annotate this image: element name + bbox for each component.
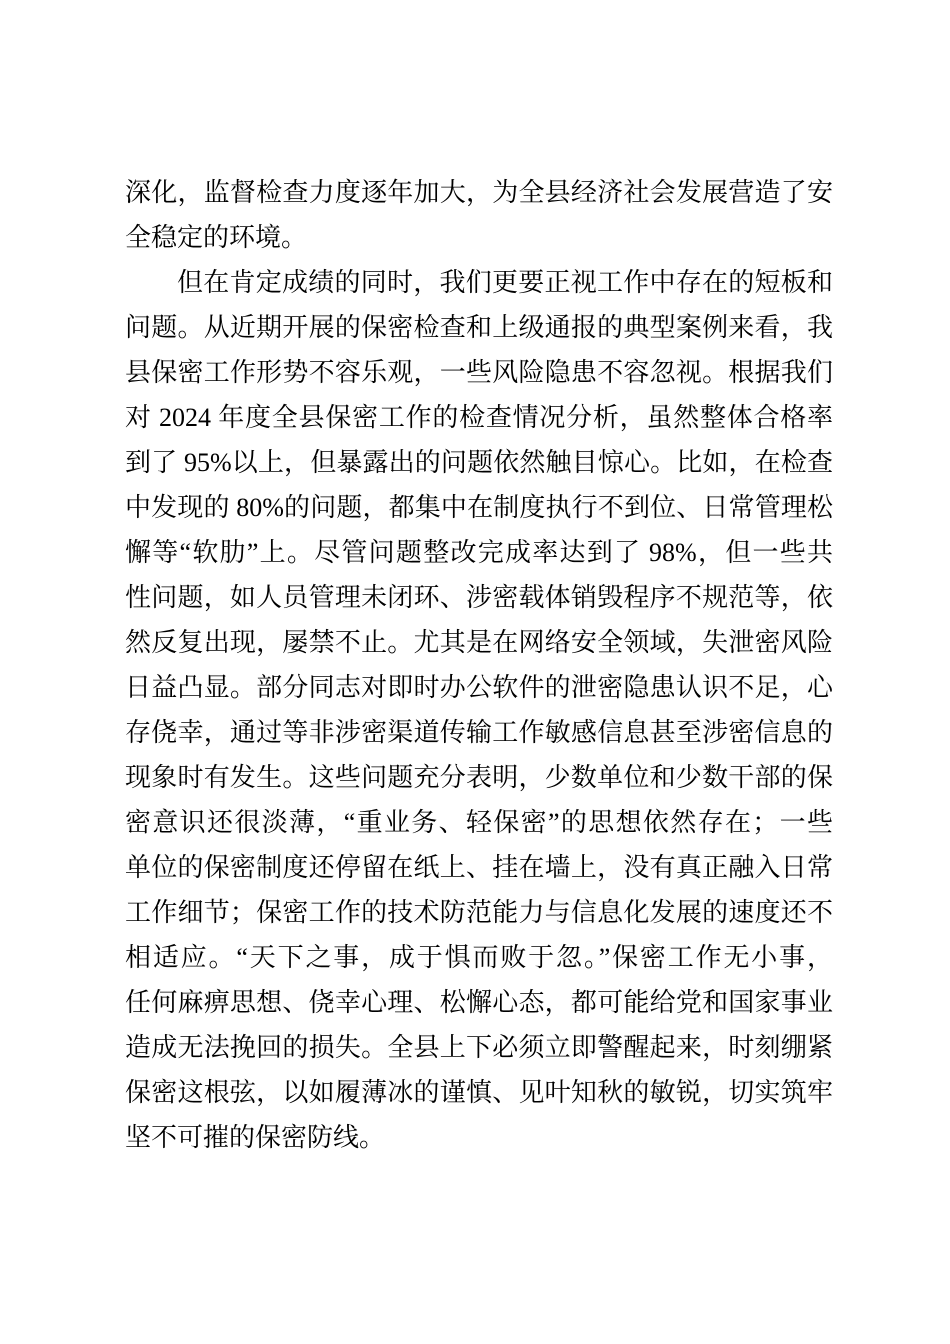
text-line: 然反复出现，屡禁不止。尤其是在网络安全领域，失泄密风险 xyxy=(125,620,833,665)
text-line: 造成无法挽回的损失。全县上下必须立即警醒起来，时刻绷紧 xyxy=(125,1025,833,1070)
text-line: 问题。从近期开展的保密检查和上级通报的典型案例来看，我 xyxy=(125,305,833,350)
text-line: 性问题，如人员管理未闭环、涉密载体销毁程序不规范等，依 xyxy=(125,575,833,620)
text-line: 全稳定的环境。 xyxy=(125,215,833,260)
text-line: 日益凸显。部分同志对即时办公软件的泄密隐患认识不足，心 xyxy=(125,665,833,710)
text-line: 但在肯定成绩的同时，我们更要正视工作中存在的短板和 xyxy=(125,260,833,305)
text-line: 到了 95%以上，但暴露出的问题依然触目惊心。比如，在检查 xyxy=(125,440,833,485)
paragraph: 但在肯定成绩的同时，我们更要正视工作中存在的短板和问题。从近期开展的保密检查和上… xyxy=(125,260,833,1160)
text-line: 中发现的 80%的问题，都集中在制度执行不到位、日常管理松 xyxy=(125,485,833,530)
text-line: 任何麻痹思想、侥幸心理、松懈心态，都可能给党和国家事业 xyxy=(125,980,833,1025)
document-page: 深化，监督检查力度逐年加大，为全县经济社会发展营造了安全稳定的环境。但在肯定成绩… xyxy=(0,0,950,1344)
text-line: 坚不可摧的保密防线。 xyxy=(125,1115,833,1160)
text-line: 县保密工作形势不容乐观，一些风险隐患不容忽视。根据我们 xyxy=(125,350,833,395)
text-line: 工作细节；保密工作的技术防范能力与信息化发展的速度还不 xyxy=(125,890,833,935)
text-line: 对 2024 年度全县保密工作的检查情况分析，虽然整体合格率达 xyxy=(125,395,833,440)
page-body: 深化，监督检查力度逐年加大，为全县经济社会发展营造了安全稳定的环境。但在肯定成绩… xyxy=(125,170,833,1160)
text-line: 深化，监督检查力度逐年加大，为全县经济社会发展营造了安 xyxy=(125,170,833,215)
text-line: 保密这根弦，以如履薄冰的谨慎、见叶知秋的敏锐，切实筑牢 xyxy=(125,1070,833,1115)
text-line: 存侥幸，通过等非涉密渠道传输工作敏感信息甚至涉密信息的 xyxy=(125,710,833,755)
text-line: 现象时有发生。这些问题充分表明，少数单位和少数干部的保 xyxy=(125,755,833,800)
text-line: 相适应。“天下之事，成于惧而败于忽。”保密工作无小事， xyxy=(125,935,833,980)
text-line: 密意识还很淡薄，“重业务、轻保密”的思想依然存在；一些 xyxy=(125,800,833,845)
paragraph: 深化，监督检查力度逐年加大，为全县经济社会发展营造了安全稳定的环境。 xyxy=(125,170,833,260)
text-line: 懈等“软肋”上。尽管问题整改完成率达到了 98%，但一些共 xyxy=(125,530,833,575)
text-line: 单位的保密制度还停留在纸上、挂在墙上，没有真正融入日常 xyxy=(125,845,833,890)
